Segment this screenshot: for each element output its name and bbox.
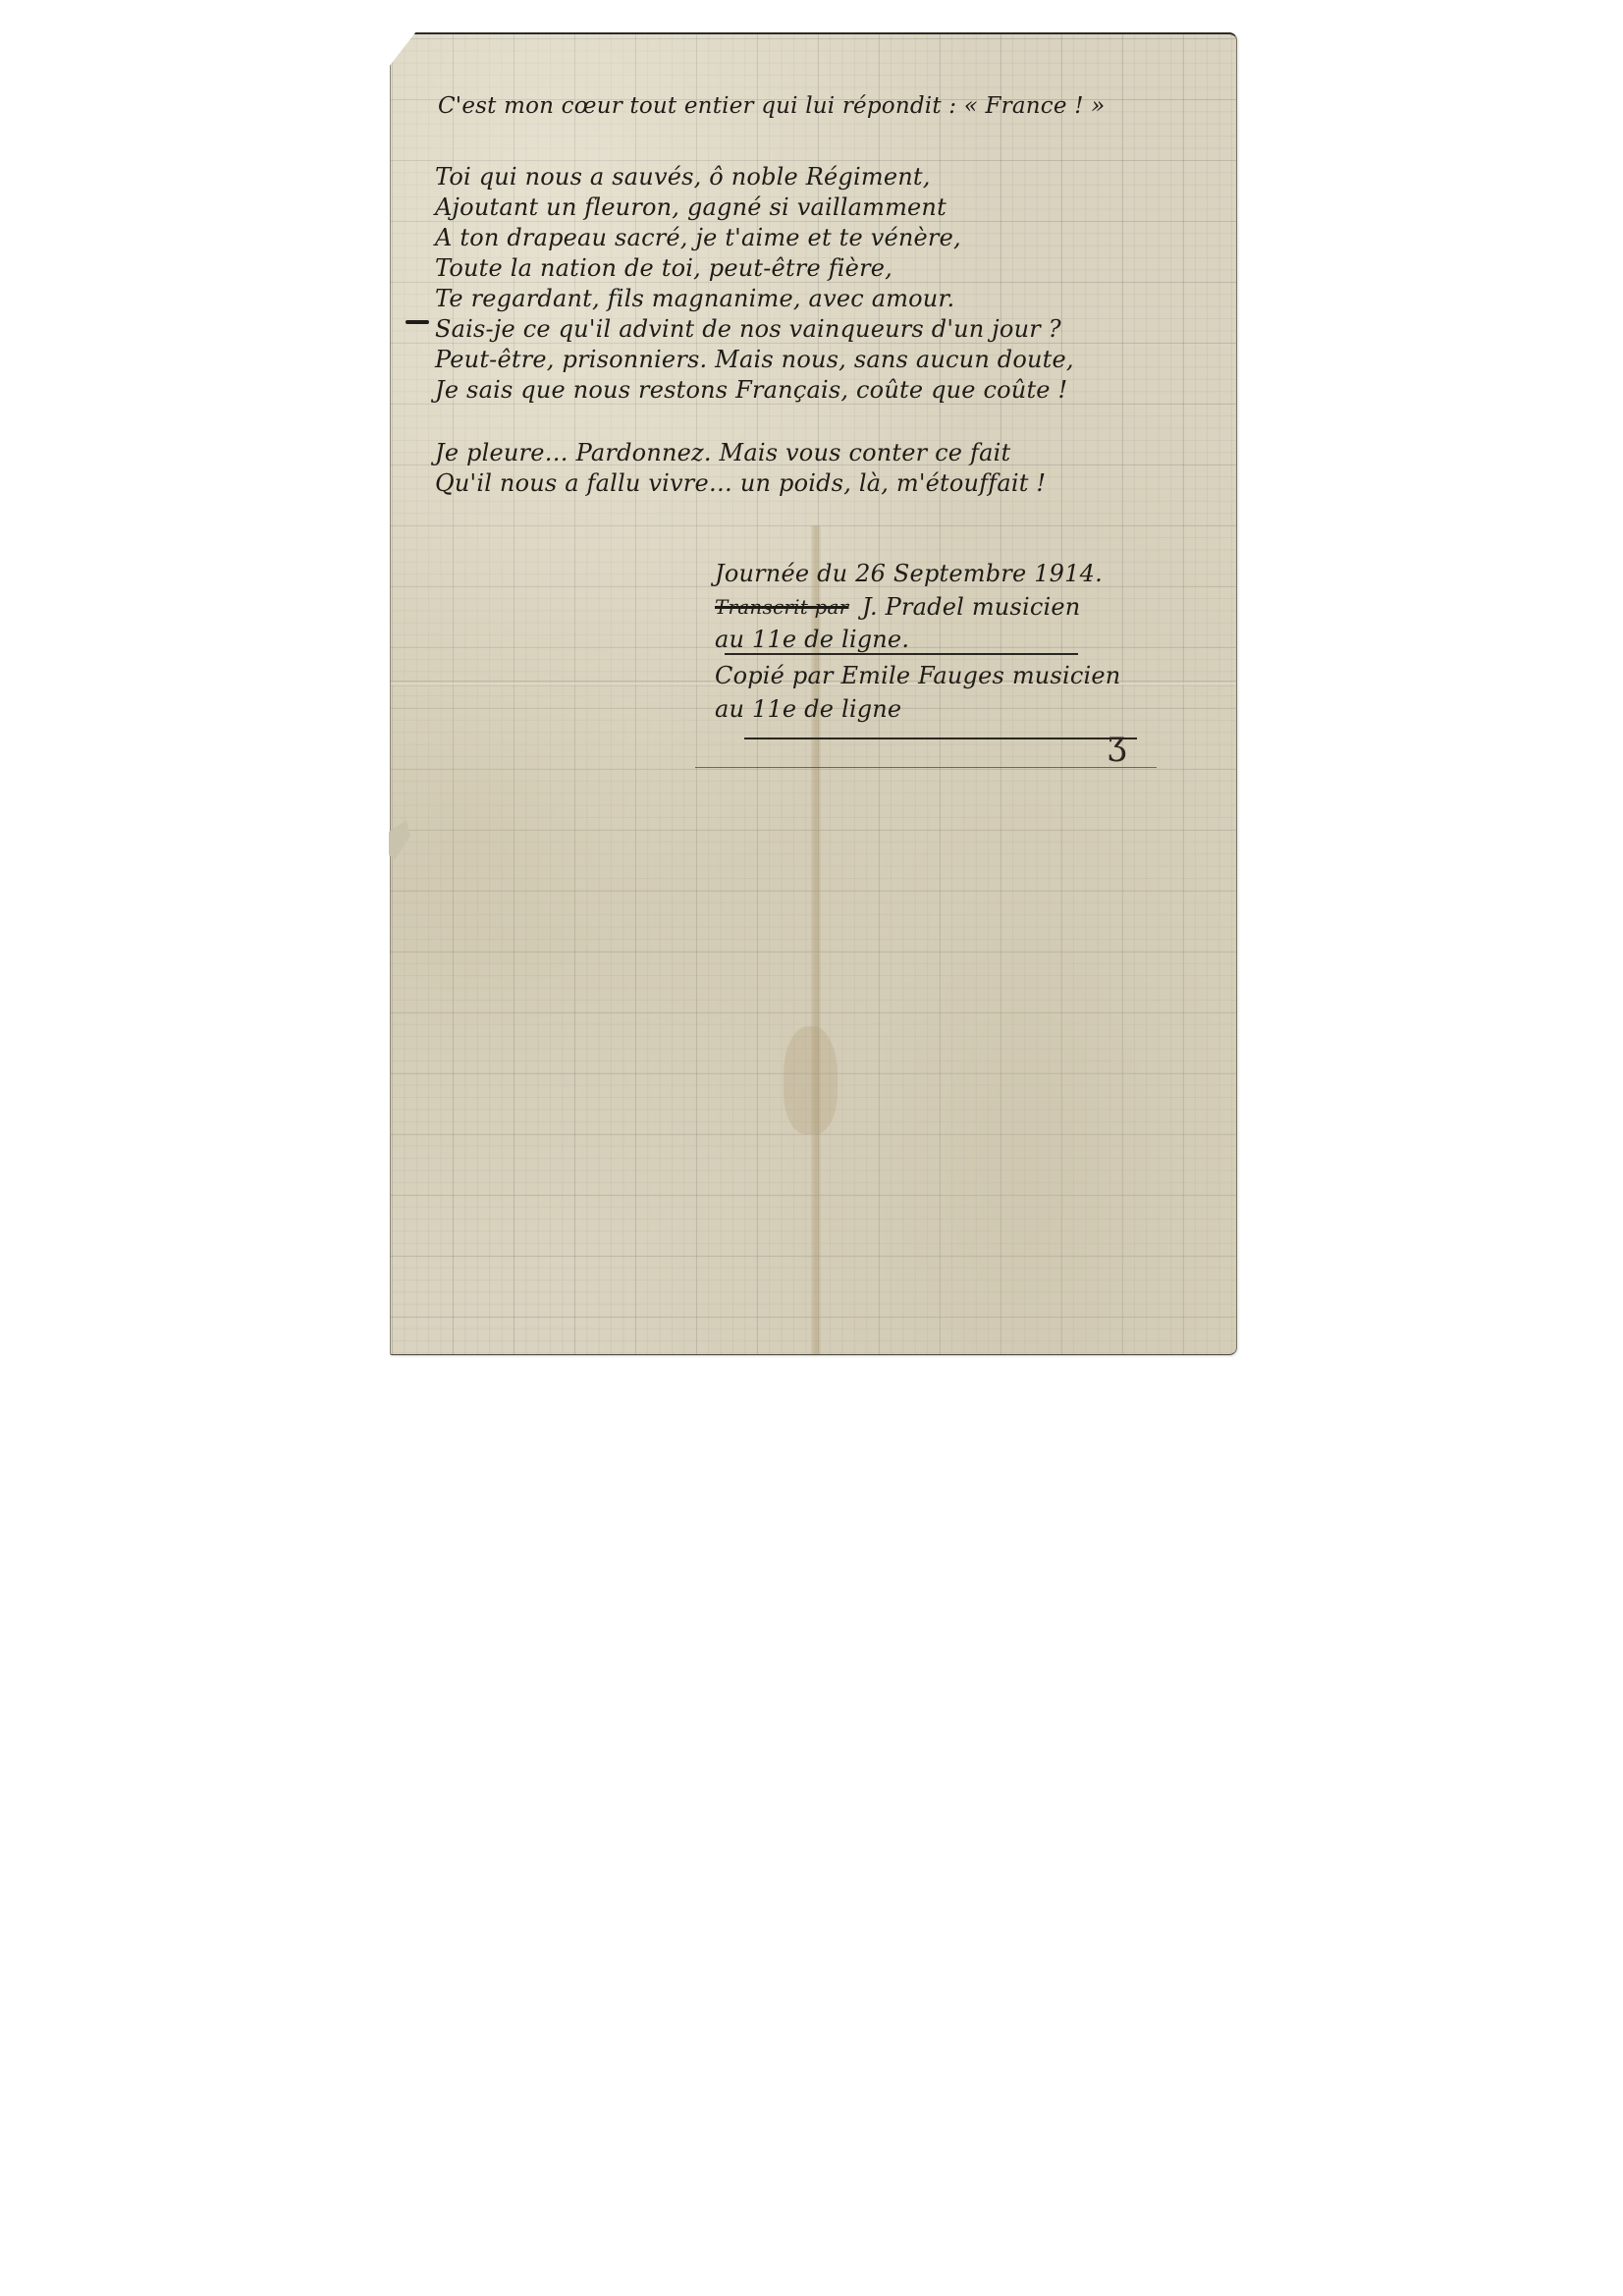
author-unit: au 11e de ligne. xyxy=(715,627,909,652)
underline-rule-2 xyxy=(744,738,1137,739)
poem-line-9: Je pleure… Pardonnez. Mais vous conter c… xyxy=(435,440,1010,465)
poem-line-8: Je sais que nous restons Français, coûte… xyxy=(435,377,1067,403)
poem-line-2: Ajoutant un fleuron, gagné si vaillammen… xyxy=(435,194,947,220)
poem-line-6: Sais-je ce qu'il advint de nos vainqueur… xyxy=(435,316,1061,342)
struck-text: Transcrit par xyxy=(715,594,848,620)
underline-rule-3 xyxy=(695,767,1157,768)
poem-line-3: A ton drapeau sacré, je t'aime et te vén… xyxy=(435,225,961,250)
copier-unit: au 11e de ligne xyxy=(715,696,901,722)
poem-line-10: Qu'il nous a fallu vivre… un poids, là, … xyxy=(435,470,1046,496)
underline-rule-1 xyxy=(725,653,1078,655)
margin-dash-mark xyxy=(406,320,429,324)
poem-line-5: Te regardant, fils magnanime, avec amour… xyxy=(435,286,954,311)
letter-sheet: C'est mon cœur tout entier qui lui répon… xyxy=(390,32,1237,1355)
signature-flourish: ʒ xyxy=(1108,724,1126,763)
poem-line-7: Peut-être, prisonniers. Mais nous, sans … xyxy=(435,347,1074,372)
edge-tear xyxy=(389,820,410,859)
torn-corner xyxy=(389,31,416,67)
author-name: J. Pradel musicien xyxy=(862,594,1080,620)
poem-line-1: Toi qui nous a sauvés, ô noble Régiment, xyxy=(435,164,931,190)
poem-line-4: Toute la nation de toi, peut-être fière, xyxy=(435,255,893,281)
copied-by-line: Copié par Emile Fauges musicien xyxy=(715,663,1120,688)
opening-line: C'est mon cœur tout entier qui lui répon… xyxy=(438,93,1105,119)
date-line: Journée du 26 Septembre 1914. xyxy=(715,561,1103,586)
water-stain xyxy=(784,1026,838,1134)
